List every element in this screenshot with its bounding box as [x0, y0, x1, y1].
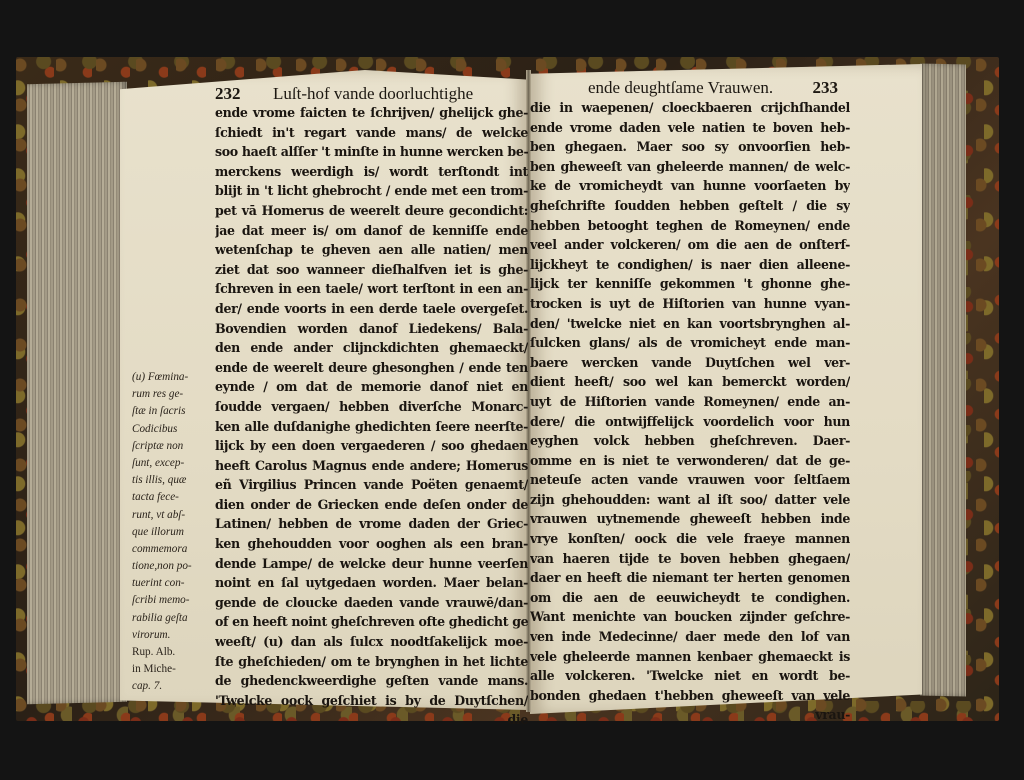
note-line: que illorum — [132, 524, 218, 541]
note-line: tuerint con- — [132, 575, 218, 592]
page-edges-right — [920, 64, 966, 697]
marginal-note: (u) Fœmina- rum res ge- ſtæ in ſacris Co… — [132, 369, 218, 696]
note-line: Rup. Alb. — [132, 644, 218, 661]
text-line: ke de vromicheydt van hunne voorſaeten b… — [530, 176, 850, 196]
text-line: ſulcken glans/ als de vromicheyt ende ma… — [530, 333, 850, 353]
catchword: die — [215, 710, 528, 730]
text-line: ende de weerelt deure ghesonghen / ende … — [215, 358, 528, 378]
note-line: virorum. — [132, 627, 218, 644]
text-line: dien onder de Griecken ende deſen onder … — [215, 495, 528, 515]
text-line: ken ghehoudden voor ooghen als een bran- — [215, 534, 528, 554]
note-line: Codicibus — [132, 421, 218, 438]
note-line: tacta fece- — [132, 489, 218, 506]
left-running-title: Luſt-hof vande doorluchtighe — [273, 84, 473, 104]
text-line: bonden ghedaen t'hebben gheweeſt van vel… — [530, 686, 850, 706]
text-line: Want menichte van boucken zijnder geſchr… — [530, 607, 850, 627]
left-running-head: 232 Luſt-hof vande doorluchtighe — [215, 84, 525, 104]
text-line: neteuſe acten vande vrauwen voor ſeltſae… — [530, 470, 850, 490]
text-line: ven inde Medecinne/ daer mede den lof va… — [530, 627, 850, 647]
text-line: dere/ die ontwijffelijck voordelich voor… — [530, 412, 850, 432]
text-line: wetenſchap te gheven aen alle natien/ me… — [215, 240, 528, 260]
text-line: vrauwen uytnemende gheweeſt hebben inde — [530, 509, 850, 529]
text-line: dient heeft/ soo wel kan bemerckt worden… — [530, 372, 850, 392]
text-line: die in waepenen/ cloeckbaeren crijchſhan… — [530, 98, 850, 118]
text-line: lijck by een doen vergaederen / soo ghed… — [215, 436, 528, 456]
text-line: veel ander volckeren/ om die aen de onſt… — [530, 235, 850, 255]
left-page-number: 232 — [215, 84, 273, 104]
note-line: commemora — [132, 541, 218, 558]
text-line: ken alle duſdanighe ghedichten ſeere nee… — [215, 417, 528, 437]
text-line: de ghedenckweerdighe geſten vande mans. — [215, 671, 528, 691]
note-line: rabilia geſta — [132, 610, 218, 627]
note-line: (u) Fœmina- — [132, 369, 218, 386]
text-line: noint en ſal uytgedaen worden. Maer bela… — [215, 573, 528, 593]
note-line: runt, vt abſ- — [132, 507, 218, 524]
catchword: vrau- — [530, 705, 850, 725]
text-line: den/ 'twelcke niet en kan voortsbrynghen… — [530, 314, 850, 334]
text-line: weeſt/ (u) dan als ſulcx noodtſakelijck … — [215, 632, 528, 652]
text-line: gheſchrifte ſoudden hebben geſtelt / die… — [530, 196, 850, 216]
text-line: trocken is uyt de Hiſtorien van hunne vy… — [530, 294, 850, 314]
text-line: der/ ende voorts in een derde taele over… — [215, 299, 528, 319]
text-line: om die aen de eeuwicheydt te condighen. — [530, 588, 850, 608]
text-line: of en heeft noint gheſchreven ofte ghedi… — [215, 612, 528, 632]
text-line: ſte gheſchieden/ om te brynghen in het l… — [215, 652, 528, 672]
text-line: ende vrome daden vele natien te boven he… — [530, 118, 850, 138]
text-line: lijckheyt te condighen/ is naer dien all… — [530, 255, 850, 275]
text-line: Bovendien worden danof Liedekens/ Bala- — [215, 319, 528, 339]
right-page-number: 233 — [813, 78, 839, 98]
text-line: ende vrome faicten te ſchrijven/ ghelijc… — [215, 103, 528, 123]
left-body-text: ende vrome faicten te ſchrijven/ ghelijc… — [215, 103, 528, 730]
text-line: alle volckeren. 'Twelcke niet en wordt b… — [530, 666, 850, 686]
text-line: eñ Virgilius Princen vande Poëten genaem… — [215, 475, 528, 495]
note-line: ſcribi memo- — [132, 592, 218, 609]
note-line: ſunt, excep- — [132, 455, 218, 472]
text-line: eynde / om dat de memorie danof niet en — [215, 377, 528, 397]
text-line: lijck ter kenniſſe gekommen 't ghonne gh… — [530, 274, 850, 294]
text-line: pet vā Homerus de weerelt deure gecondic… — [215, 201, 528, 221]
page-edges-left — [27, 82, 127, 705]
text-line: baere wercken vande Duytſchen wel ver- — [530, 353, 850, 373]
text-line: den ende ander clijnckdichten ghemaeckt/ — [215, 338, 528, 358]
text-line: ben gheweeſt van gheleerde mannen/ de we… — [530, 157, 850, 177]
note-line: in Miche- — [132, 661, 218, 678]
text-line: ſchreven in een taele/ wort terſtont in … — [215, 279, 528, 299]
right-running-title: ende deughtſame Vrauwen. — [588, 78, 773, 98]
text-line: blijt in 't licht ghebrocht / ende met e… — [215, 181, 528, 201]
text-line: van haeren tijde te boven hebben ghegaen… — [530, 549, 850, 569]
text-line: uyt de Hiſtorien vande Romeynen/ ende an… — [530, 392, 850, 412]
text-line: Latinen/ hebben de vrome daden der Griec… — [215, 514, 528, 534]
text-line: zijn ghehoudden: want al iſt soo/ datter… — [530, 490, 850, 510]
note-line: tione,non po- — [132, 558, 218, 575]
text-line: merckens weerdigh is/ wordt terſtondt in… — [215, 162, 528, 182]
text-line: gende de cloucke daeden vande vrauwē/dan… — [215, 593, 528, 613]
right-running-head: ende deughtſame Vrauwen. 233 — [588, 78, 838, 98]
text-line: heeft Carolus Magnus ende andere; Homeru… — [215, 456, 528, 476]
text-line: ſoudde vergaen/ hebben diverſche Monarc- — [215, 397, 528, 417]
note-line: ſtæ in ſacris — [132, 403, 218, 420]
note-line: ſcriptæ non — [132, 438, 218, 455]
right-body-text: die in waepenen/ cloeckbaeren crijchſhan… — [530, 98, 850, 725]
text-line: eyghen volck hebben gheſchreven. Daer- — [530, 431, 850, 451]
text-line: omme en is niet te verwonderen/ dat de g… — [530, 451, 850, 471]
text-line: 'Twelcke oock geſchiet is by de Duytſche… — [215, 691, 528, 711]
text-line: dende Lampe/ de welcke deur hunne veerſe… — [215, 554, 528, 574]
text-line: soo haeſt alſſer 't minſte in hunne werc… — [215, 142, 528, 162]
text-line: hebben betooght teghen de Romeynen/ ende — [530, 216, 850, 236]
text-line: jae dat meer is/ om danof de kenniſſe en… — [215, 221, 528, 241]
text-line: vrye konſten/ oock die vele fraeye manne… — [530, 529, 850, 549]
text-line: ben ghegaen. Maer soo sy onvoorſien heb- — [530, 137, 850, 157]
text-line: vele gheleerde mannen kenbaer ghemaeckt … — [530, 647, 850, 667]
text-line: ziet dat soo wanneer dieſhalfven iet is … — [215, 260, 528, 280]
note-line: tis illis, quæ — [132, 472, 218, 489]
note-line: cap. 7. — [132, 678, 218, 695]
note-line: rum res ge- — [132, 386, 218, 403]
text-line: ſchiedt in't regart vande mans/ de welck… — [215, 123, 528, 143]
text-line: daer en heeft die niemant ter herten gen… — [530, 568, 850, 588]
